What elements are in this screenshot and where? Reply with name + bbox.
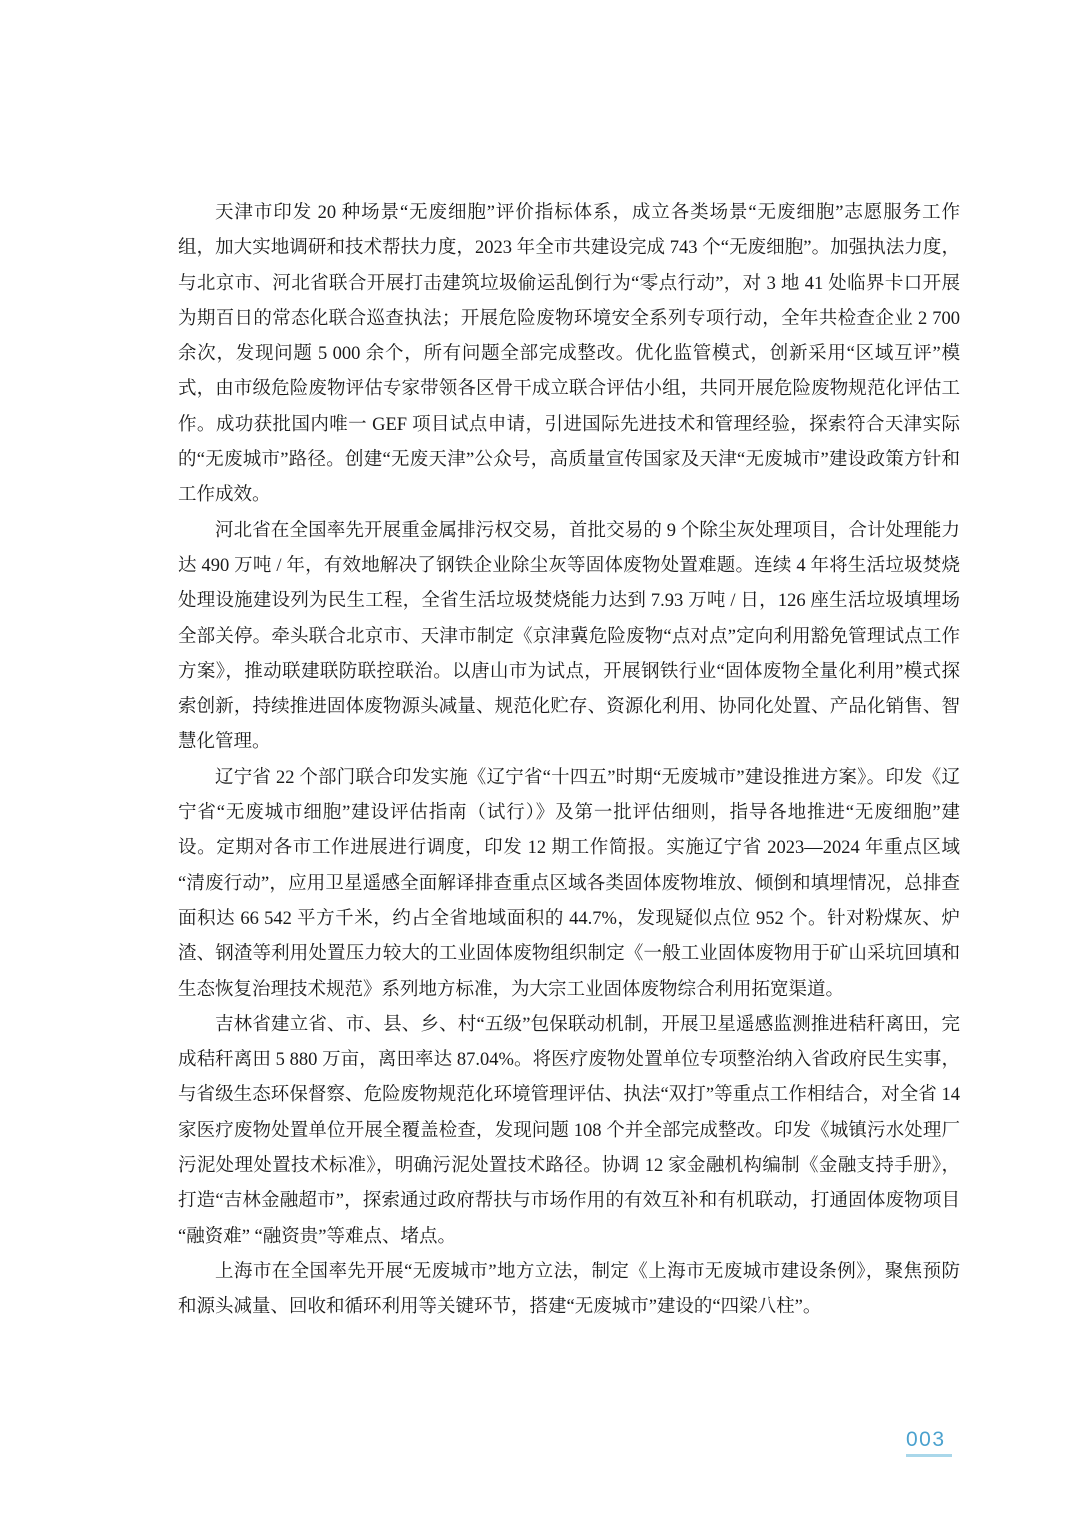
document-page: 天津市印发 20 种场景“无废细胞”评价指标体系，成立各类场景“无废细胞”志愿服… [0,0,1080,1527]
paragraph-jilin: 吉林省建立省、市、县、乡、村“五级”包保联动机制，开展卫星遥感监测推进秸秆离田，… [178,1008,960,1255]
page-footer: 003 [906,1429,952,1457]
paragraph-liaoning: 辽宁省 22 个部门联合印发实施《辽宁省“十四五”时期“无废城市”建设推进方案》… [178,761,960,1008]
page-number-underline [906,1454,952,1457]
paragraph-shanghai: 上海市在全国率先开展“无废城市”地方立法，制定《上海市无废城市建设条例》，聚焦预… [178,1255,960,1326]
paragraph-tianjin: 天津市印发 20 种场景“无废细胞”评价指标体系，成立各类场景“无废细胞”志愿服… [178,196,960,514]
paragraph-hebei: 河北省在全国率先开展重金属排污权交易，首批交易的 9 个除尘灰处理项目，合计处理… [178,514,960,761]
document-body: 天津市印发 20 种场景“无废细胞”评价指标体系，成立各类场景“无废细胞”志愿服… [178,196,960,1326]
page-number: 003 [906,1429,952,1451]
